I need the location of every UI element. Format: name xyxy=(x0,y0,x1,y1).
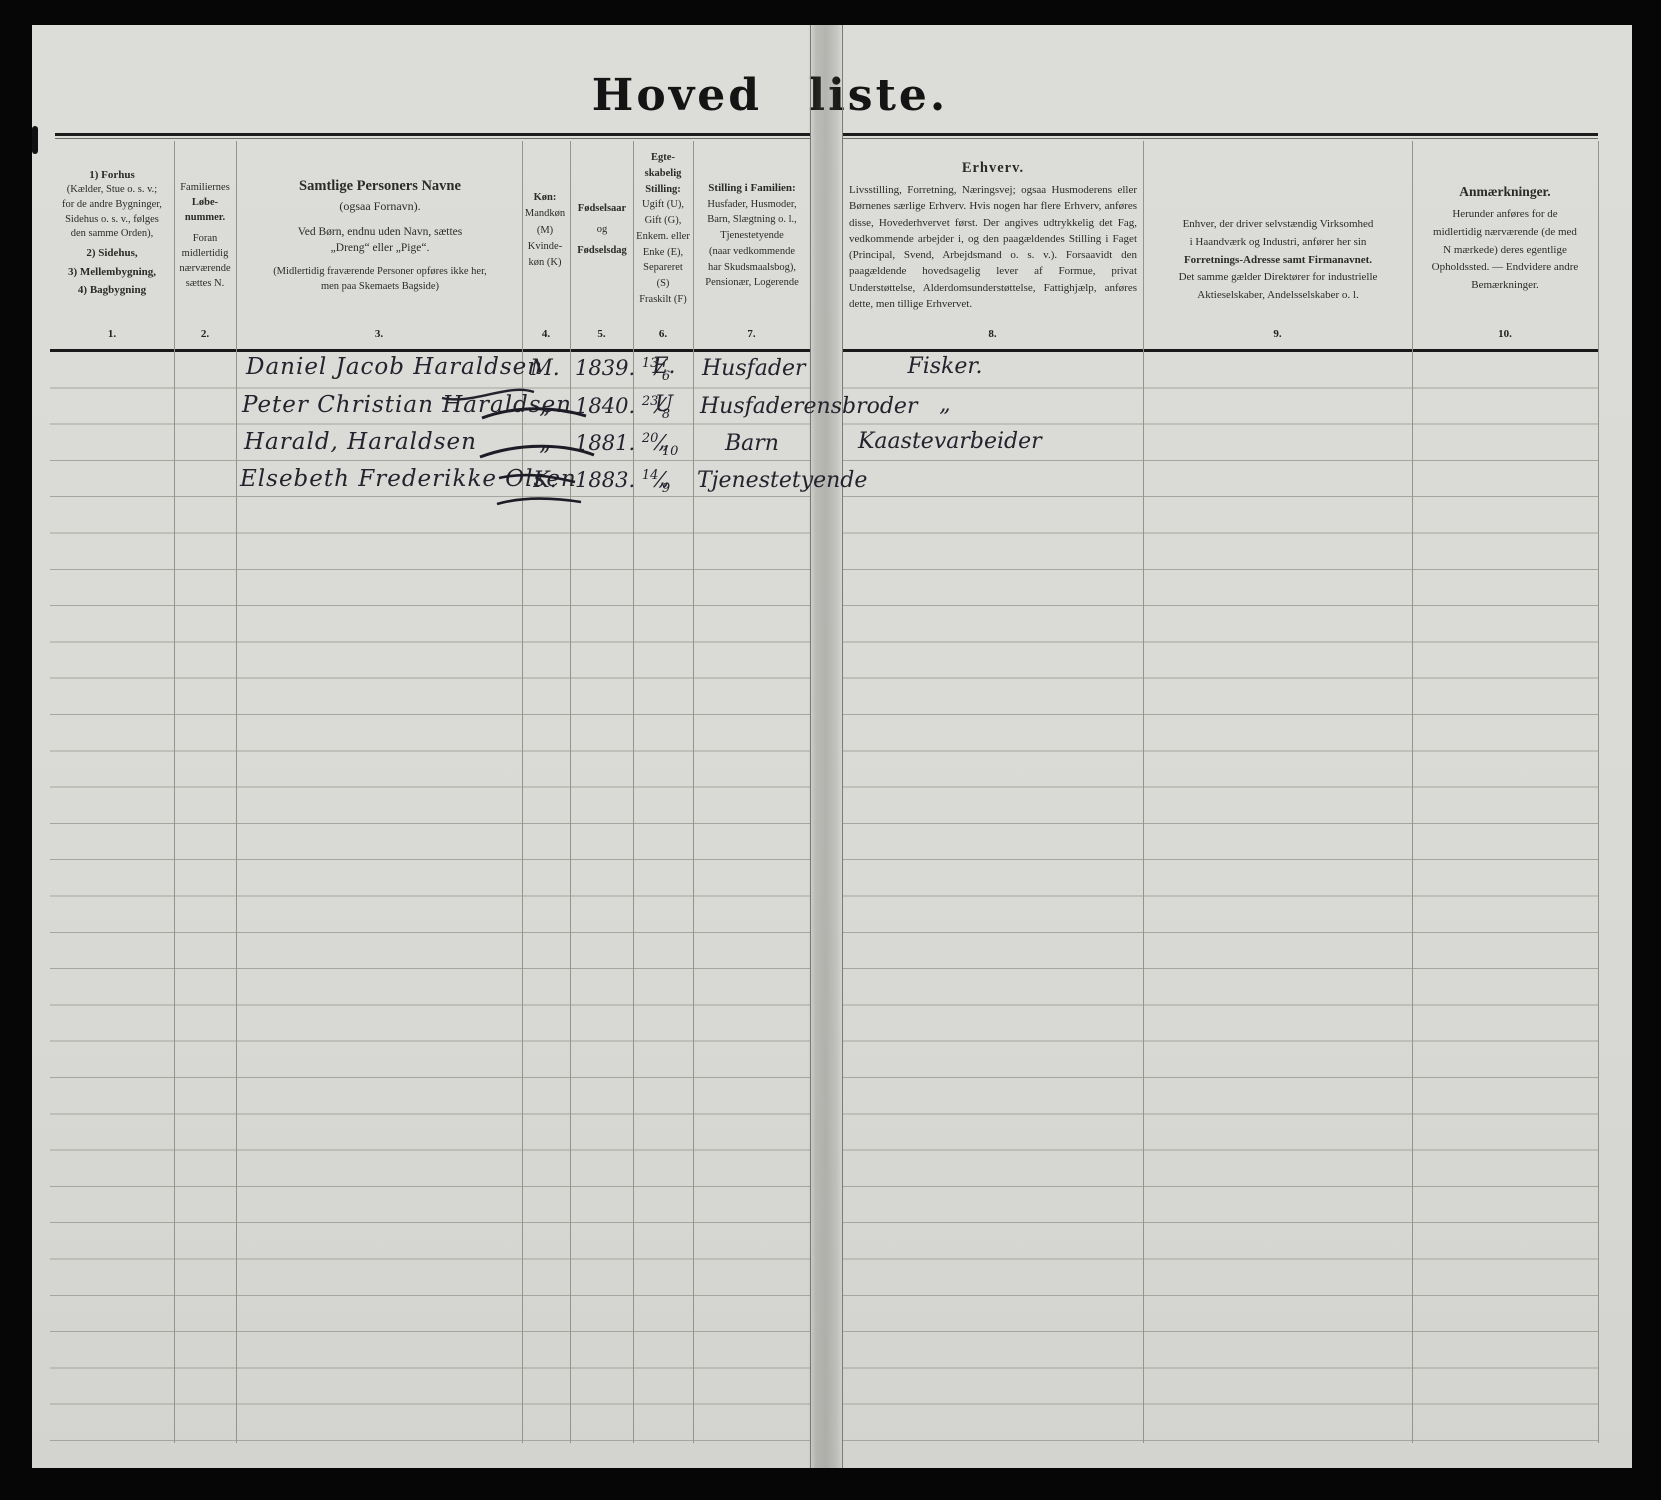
divider-col5-col6 xyxy=(633,141,634,1443)
colnum-7: 7. xyxy=(693,328,810,340)
divider-col2-col3 xyxy=(236,141,237,1443)
header-col10-body: Herunder anføres for de midlertidig nærv… xyxy=(1412,206,1598,295)
colnum-9: 9. xyxy=(1143,328,1412,340)
page-title: Hoved liste. xyxy=(470,70,1070,121)
cell-occupation: „ xyxy=(855,392,1035,417)
top-rule-right xyxy=(842,133,1598,136)
top-rule-thin-right xyxy=(842,138,1598,139)
scan-artifact xyxy=(32,126,38,154)
pen-flourish xyxy=(480,400,590,426)
header-col3: Samtlige Personers Navne (ogsaa Fornavn)… xyxy=(240,176,520,295)
header-col1-bagbygning: 4) Bagbygning xyxy=(52,283,172,298)
header-col8-body: Livsstilling, Forretning, Næringsvej; og… xyxy=(849,182,1137,312)
header-col3-note2: (Midlertidig fraværende Personer opføres… xyxy=(240,265,520,294)
header-col9: Enhver, der driver selvstændig Virksomhe… xyxy=(1150,216,1406,305)
header-col7: Stilling i Familien: Husfader, Husmoder,… xyxy=(694,180,810,291)
divider-col9-col10 xyxy=(1412,141,1413,1443)
grid-row-lines-left xyxy=(50,352,810,1444)
header-col4-kon: Køn: xyxy=(519,190,571,206)
header-col9-pre: Enhver, der driver selvstændig Virksomhe… xyxy=(1150,216,1406,252)
top-rule-thin-left xyxy=(55,138,810,139)
colnum-8: 8. xyxy=(842,328,1143,340)
cell-name: Daniel Jacob Haraldsen xyxy=(246,354,543,380)
cell-family-position: Tjenestetyende xyxy=(697,468,867,493)
header-col8-title: Erhverv. xyxy=(850,160,1136,177)
divider-col6-col7 xyxy=(693,141,694,1443)
header-col2-nummer: nummer. xyxy=(175,210,235,225)
cell-marital: E. xyxy=(642,354,686,379)
colnum-5: 5. xyxy=(570,328,633,340)
header-col6: Egte- skabelig Stilling: Ugift (U), Gift… xyxy=(632,150,694,308)
header-col5-og: og xyxy=(569,219,635,240)
pen-flourish xyxy=(478,437,598,465)
header-col7-title: Stilling i Familien: xyxy=(694,180,810,197)
header-col1: 1) Forhus (Kælder, Stue o. s. v.; for de… xyxy=(52,168,172,298)
header-col5: Fødselsaar og Fødselsdag xyxy=(569,198,635,261)
top-rule-left xyxy=(55,133,810,136)
header-col1-forhus: 1) Forhus xyxy=(52,168,172,183)
cell-occupation: Fisker. xyxy=(855,354,1035,379)
colnum-2: 2. xyxy=(174,328,236,340)
scanned-census-page: Hoved liste. 1) Forhus (Kælder, Stue o. … xyxy=(0,0,1661,1500)
divider-col8-col9 xyxy=(1143,141,1144,1443)
table-right-border xyxy=(1598,141,1599,1443)
header-col5-fodselsdag: Fødselsdag xyxy=(569,240,635,261)
cell-family-position: Barn xyxy=(725,431,779,456)
header-col7-body: Husfader, Husmoder, Barn, Slægtning o. l… xyxy=(694,197,810,292)
divider-col3-col4 xyxy=(522,141,523,1443)
header-col1-note: (Kælder, Stue o. s. v.; for de andre Byg… xyxy=(52,183,172,242)
header-col2-note: Foran midlertidig nærværende sættes N. xyxy=(175,231,235,292)
header-col2-familiernes: Familiernes xyxy=(175,180,235,195)
cell-marital: „ xyxy=(642,429,686,454)
header-col5-fodselsaar: Fødselsaar xyxy=(569,198,635,219)
header-col1-sidehus: 2) Sidehus, xyxy=(52,246,172,261)
header-col6-title: Egte- skabelig Stilling: xyxy=(632,150,694,197)
header-col3-note1: Ved Børn, endnu uden Navn, sættes „Dreng… xyxy=(240,224,520,256)
header-col4: Køn: Mandkøn (M) Kvinde- køn (K) xyxy=(519,190,571,271)
header-col3-subtitle: (ogsaa Fornavn). xyxy=(240,198,520,215)
header-col9-post: Det samme gælder Direktører for industri… xyxy=(1150,269,1406,305)
pen-flourish xyxy=(495,470,595,510)
grid-row-lines-right xyxy=(842,352,1598,1444)
divider-col1-col2 xyxy=(174,141,175,1443)
divider-col4-col5 xyxy=(570,141,571,1443)
cell-occupation: Kaastevarbeider xyxy=(858,429,1042,454)
header-col3-title: Samtlige Personers Navne xyxy=(240,176,520,196)
birth-year: 1839. xyxy=(575,356,635,380)
cell-marital: U xyxy=(642,392,686,417)
cell-family-position: Husfader xyxy=(702,356,806,381)
header-col9-bold: Forretnings-Adresse samt Firmanavnet. xyxy=(1150,252,1406,270)
header-col2-lobe: Løbe- xyxy=(175,195,235,210)
colnum-4: 4. xyxy=(522,328,570,340)
cell-marital: „ xyxy=(642,466,686,491)
header-col4-options: Mandkøn (M) Kvinde- køn (K) xyxy=(519,206,571,271)
page-fold xyxy=(808,25,844,1468)
header-col10-title: Anmærkninger. xyxy=(1414,184,1596,200)
colnum-10: 10. xyxy=(1412,328,1598,340)
header-col1-mellembygning: 3) Mellembygning, xyxy=(52,265,172,280)
colnum-3: 3. xyxy=(236,328,522,340)
header-col6-options: Ugift (U), Gift (G), Enkem. eller Enke (… xyxy=(632,197,694,307)
header-col2: Familiernes Løbe- nummer. Foran midlerti… xyxy=(175,180,235,292)
colnum-1: 1. xyxy=(50,328,174,340)
cell-name: Harald, Haraldsen xyxy=(244,429,477,455)
colnum-6: 6. xyxy=(633,328,693,340)
